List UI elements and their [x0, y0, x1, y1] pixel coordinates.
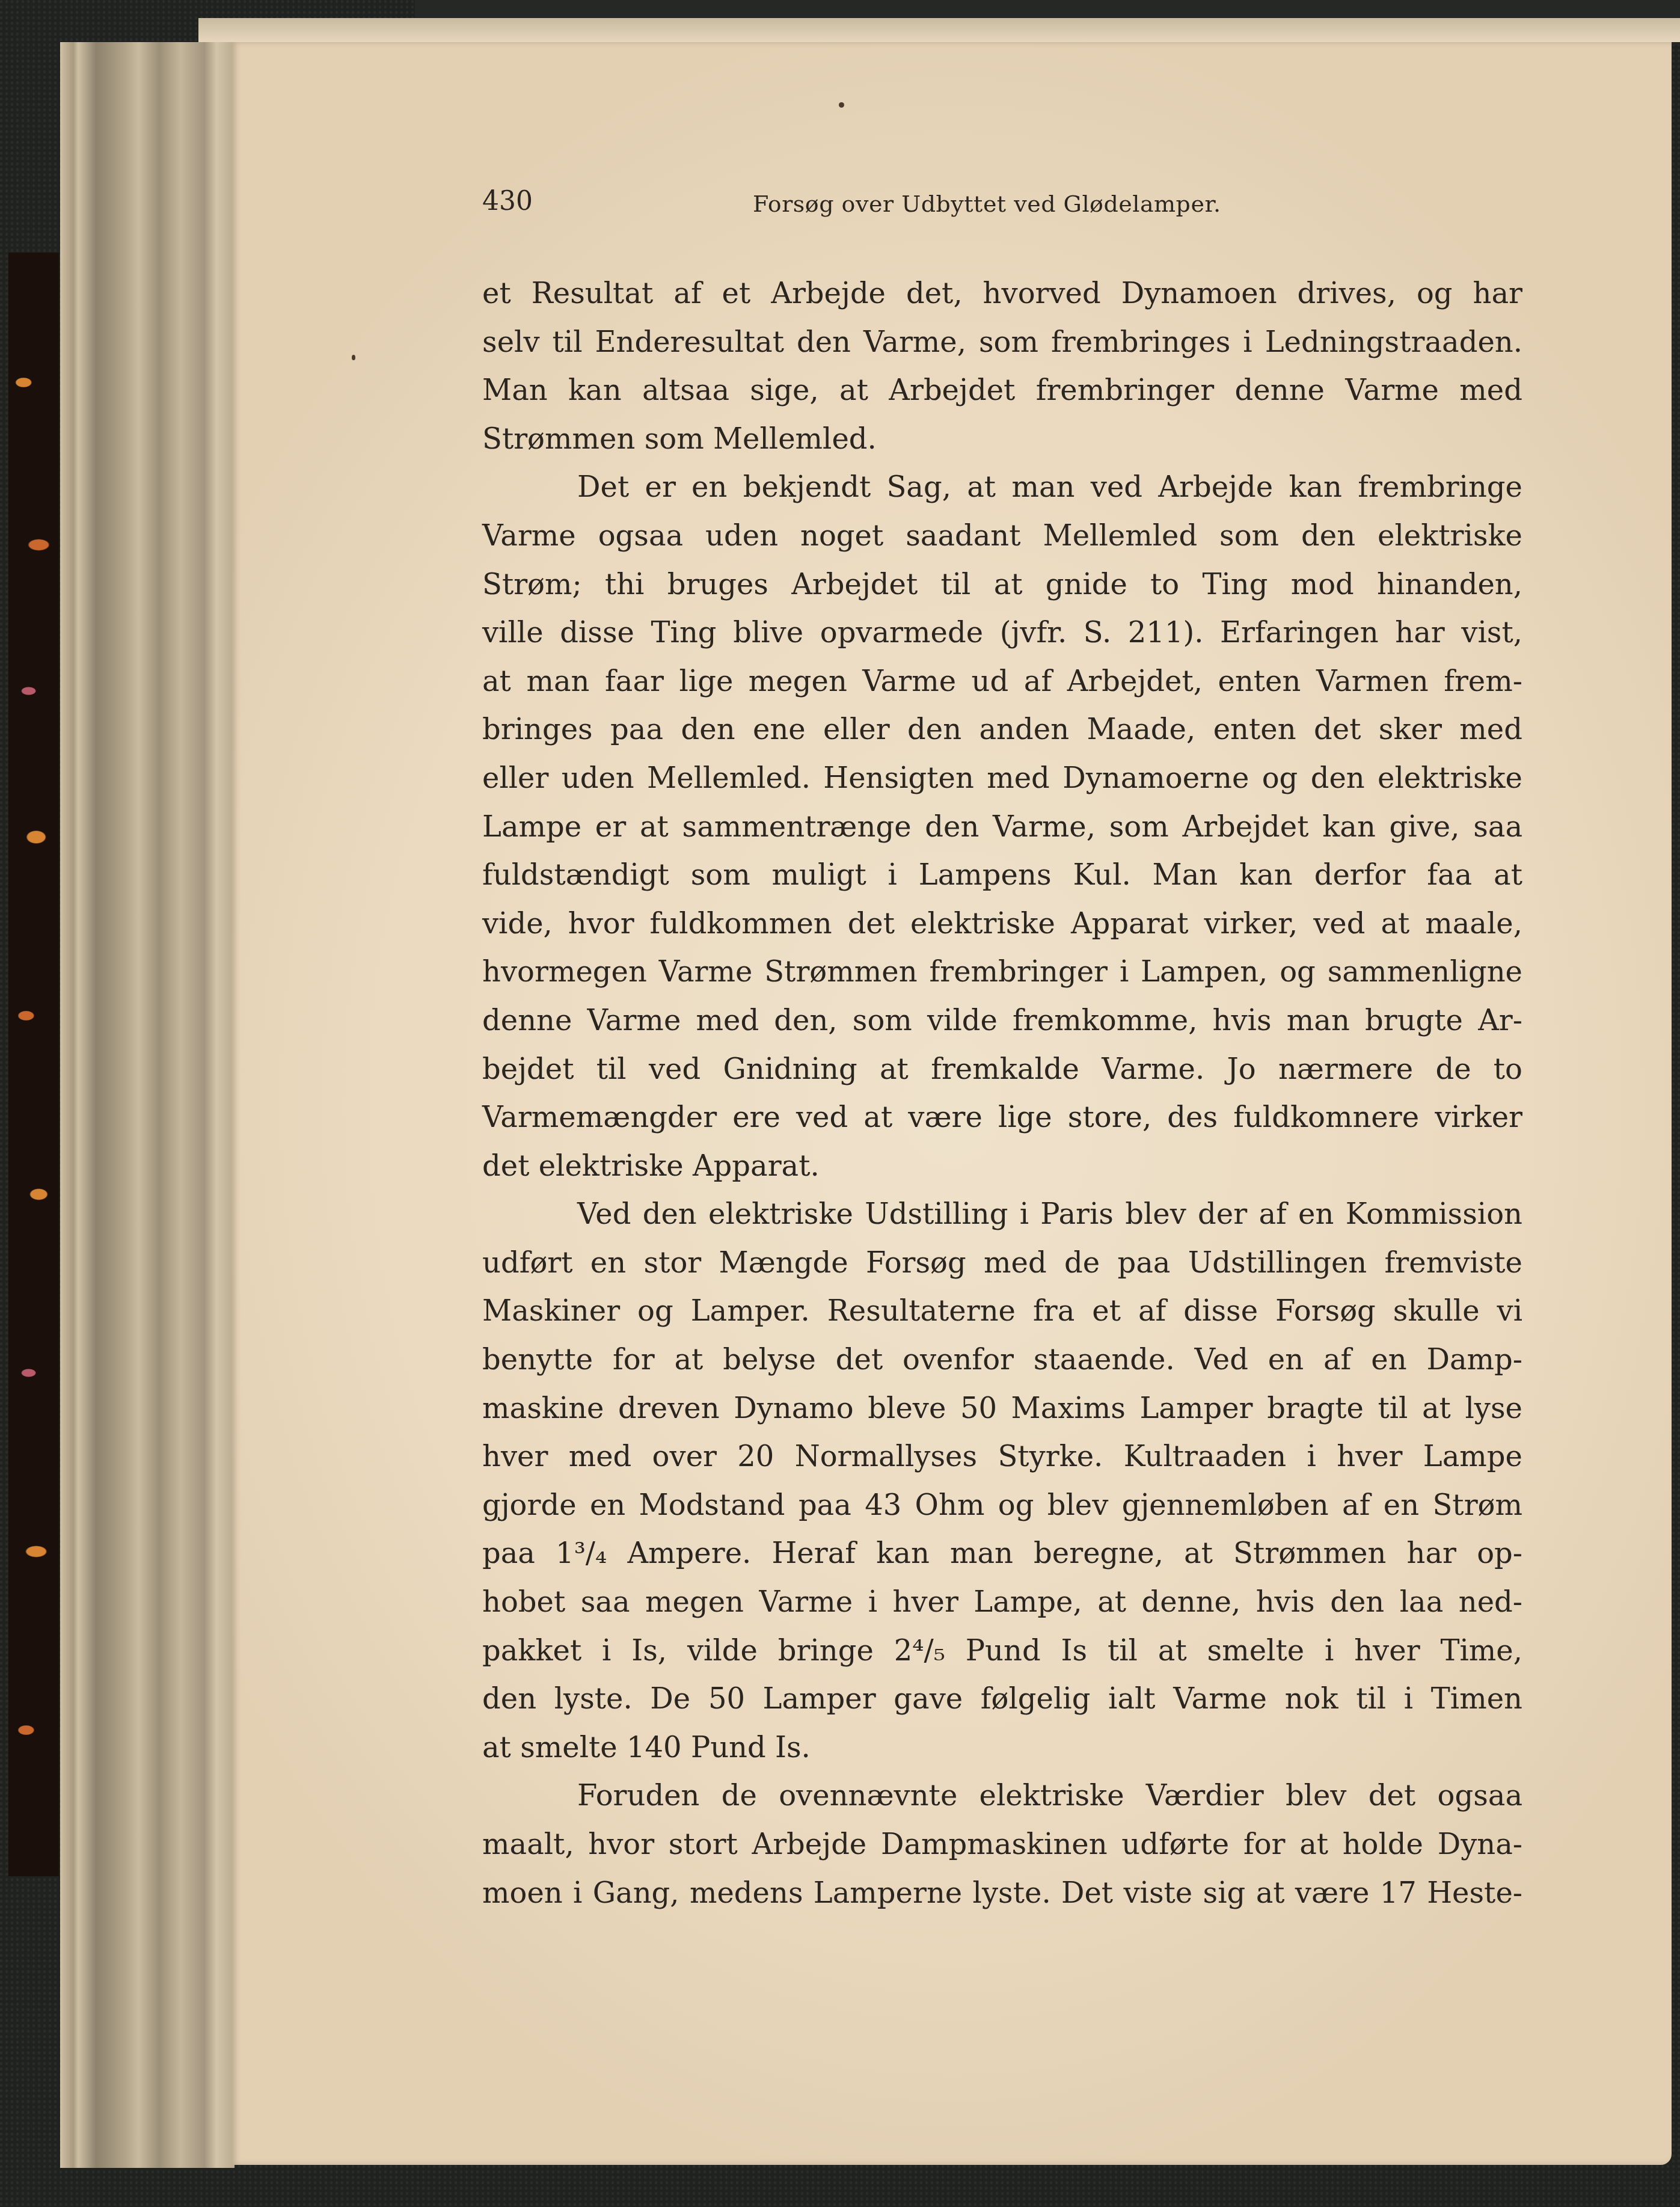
page-number: 430: [482, 183, 533, 219]
paper-speck: [839, 102, 844, 108]
paragraph: Ved den elektriske Udstilling i Paris bl…: [482, 1190, 1522, 1772]
running-head: 430 Forsøg over Udbyttet ved Glødelamper…: [482, 183, 1261, 219]
text-line: paa 1³/₄ Ampere. Heraf kan man beregne, …: [482, 1529, 1522, 1578]
text-line: Strøm; thi bruges Arbejdet til at gnide …: [482, 560, 1522, 609]
text-line: at smelte 140 Pund Is.: [482, 1724, 1522, 1772]
text-line: gjorde en Modstand paa 43 Ohm og blev gj…: [482, 1481, 1522, 1530]
body-text: et Resultat af et Arbejde det, hvorved D…: [482, 269, 1522, 1917]
text-line: pakket i Is, vilde bringe 2⁴/₅ Pund Is t…: [482, 1627, 1522, 1675]
text-line: den lyste. De 50 Lamper gave følgelig ia…: [482, 1675, 1522, 1724]
text-line: det elektriske Apparat.: [482, 1142, 1522, 1191]
text-line: maskine dreven Dynamo bleve 50 Maxims La…: [482, 1384, 1522, 1433]
text-line: denne Varme med den, som vilde fremkomme…: [482, 996, 1522, 1045]
text-line: moen i Gang, medens Lamperne lyste. Det …: [482, 1869, 1522, 1918]
text-line: Man kan altsaa sige, at Arbejdet frembri…: [482, 366, 1522, 415]
text-line: et Resultat af et Arbejde det, hvorved D…: [482, 269, 1522, 318]
paragraph: Det er en bekjendt Sag, at man ved Arbej…: [482, 463, 1522, 1190]
text-line: at man faar lige megen Varme ud af Arbej…: [482, 657, 1522, 706]
text-line: eller uden Mellemled. Hensigten med Dyna…: [482, 754, 1522, 803]
text-line: Det er en bekjendt Sag, at man ved Arbej…: [482, 463, 1522, 512]
paragraph: et Resultat af et Arbejde det, hvorved D…: [482, 269, 1522, 463]
marbled-board-edge: [8, 253, 59, 1876]
text-line: ville disse Ting blive opvarmede (jvfr. …: [482, 609, 1522, 657]
text-line: hvormegen Varme Strømmen frembringer i L…: [482, 948, 1522, 996]
text-line: udført en stor Mængde Forsøg med de paa …: [482, 1239, 1522, 1288]
text-line: hobet saa megen Varme i hver Lampe, at d…: [482, 1578, 1522, 1627]
text-line: Strømmen som Mellemled.: [482, 415, 1522, 464]
text-line: Varmemængder ere ved at være lige store,…: [482, 1093, 1522, 1142]
text-line: maalt, hvor stort Arbejde Dampmaskinen u…: [482, 1820, 1522, 1869]
text-line: Lampe er at sammentrænge den Varme, som …: [482, 803, 1522, 852]
text-line: vide, hvor fuldkommen det elektriske App…: [482, 900, 1522, 948]
text-line: Ved den elektriske Udstilling i Paris bl…: [482, 1190, 1522, 1239]
text-line: Maskiner og Lamper. Resultaterne fra et …: [482, 1287, 1522, 1336]
paper-speck: [352, 355, 355, 360]
text-line: hver med over 20 Normallyses Styrke. Kul…: [482, 1432, 1522, 1481]
text-line: Varme ogsaa uden noget saadant Mellemled…: [482, 512, 1522, 560]
text-line: benytte for at belyse det ovenfor staaen…: [482, 1336, 1522, 1384]
stacked-page-edges: [60, 42, 235, 2168]
text-line: bringes paa den ene eller den anden Maad…: [482, 705, 1522, 754]
text-line: bejdet til ved Gnidning at fremkalde Var…: [482, 1045, 1522, 1094]
text-line: Foruden de ovennævnte elektriske Værdier…: [482, 1772, 1522, 1820]
running-head-title: Forsøg over Udbyttet ved Glødelamper.: [753, 186, 1221, 222]
paragraph: Foruden de ovennævnte elektriske Værdier…: [482, 1772, 1522, 1917]
text-line: selv til Enderesultat den Varme, som fre…: [482, 318, 1522, 367]
page-top-edges: [198, 18, 1680, 42]
text-line: fuldstændigt som muligt i Lampens Kul. M…: [482, 851, 1522, 900]
